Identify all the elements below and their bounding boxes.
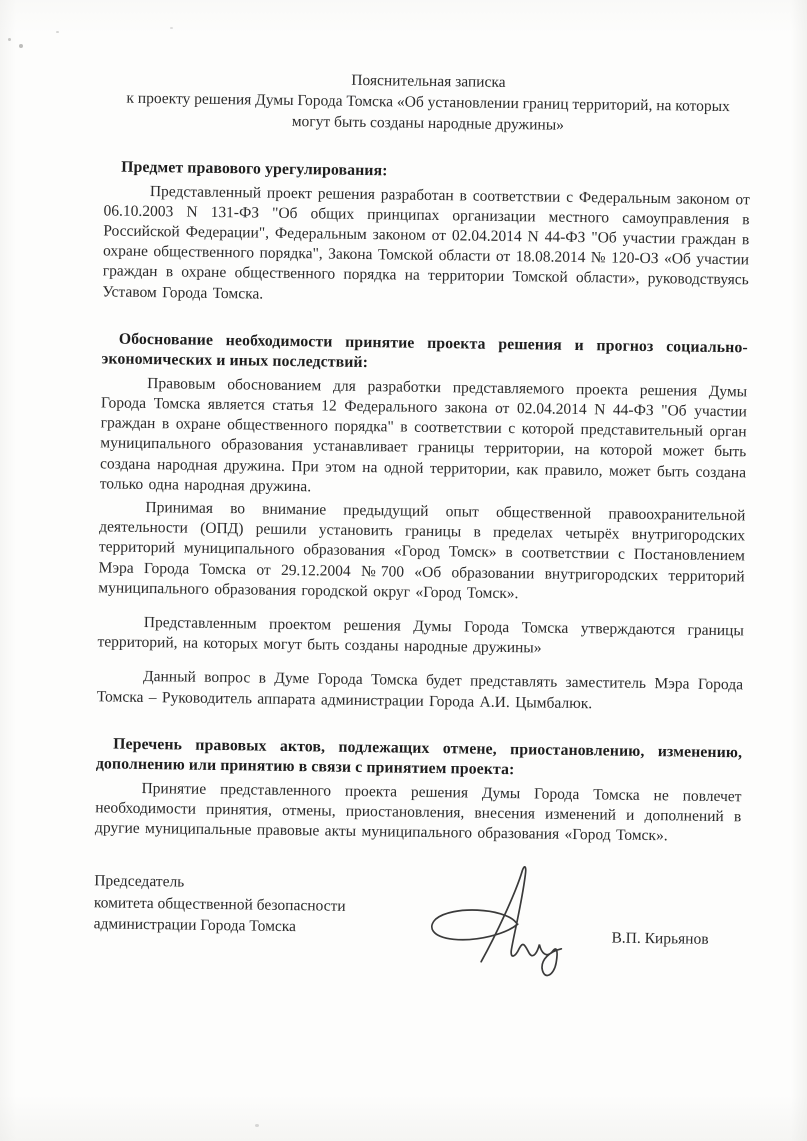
document-title: Пояснительная записка к проекту решения … [122, 67, 735, 139]
section-heading-justification: Обоснование необходимости принятие проек… [101, 329, 748, 379]
handwritten-signature [411, 857, 593, 1009]
signer-name: В.П. Кирьянов [611, 930, 708, 949]
paragraph-no-changes: Принятие представленного проекта решения… [95, 778, 742, 848]
scanned-document-page: Пояснительная записка к проекту решения … [0, 0, 807, 1141]
paragraph-legal-basis: Представленный проект решения разработан… [102, 181, 750, 311]
signature-block: Председатель комитета общественной безоп… [92, 871, 740, 1040]
section-heading-acts-list: Перечень правовых актов, подлежащих отме… [96, 734, 743, 784]
paragraph-justification-experience: Принимая во внимание предыдущий опыт общ… [98, 497, 745, 607]
paragraph-approved-borders: Представленным проектом решения Думы Гор… [97, 612, 744, 661]
signer-position-line3: администрации Города Томска [93, 914, 393, 940]
paragraph-justification-law: Правовым обоснованием для разработки пре… [100, 373, 748, 503]
signer-position: Председатель комитета общественной безоп… [93, 871, 394, 940]
document-title-line2: к проекту решения Думы Города Томска «Об… [122, 88, 735, 139]
document-sheet: Пояснительная записка к проекту решения … [0, 0, 807, 1141]
paragraph-presenter: Данный вопрос в Думе Города Томска будет… [97, 667, 744, 716]
